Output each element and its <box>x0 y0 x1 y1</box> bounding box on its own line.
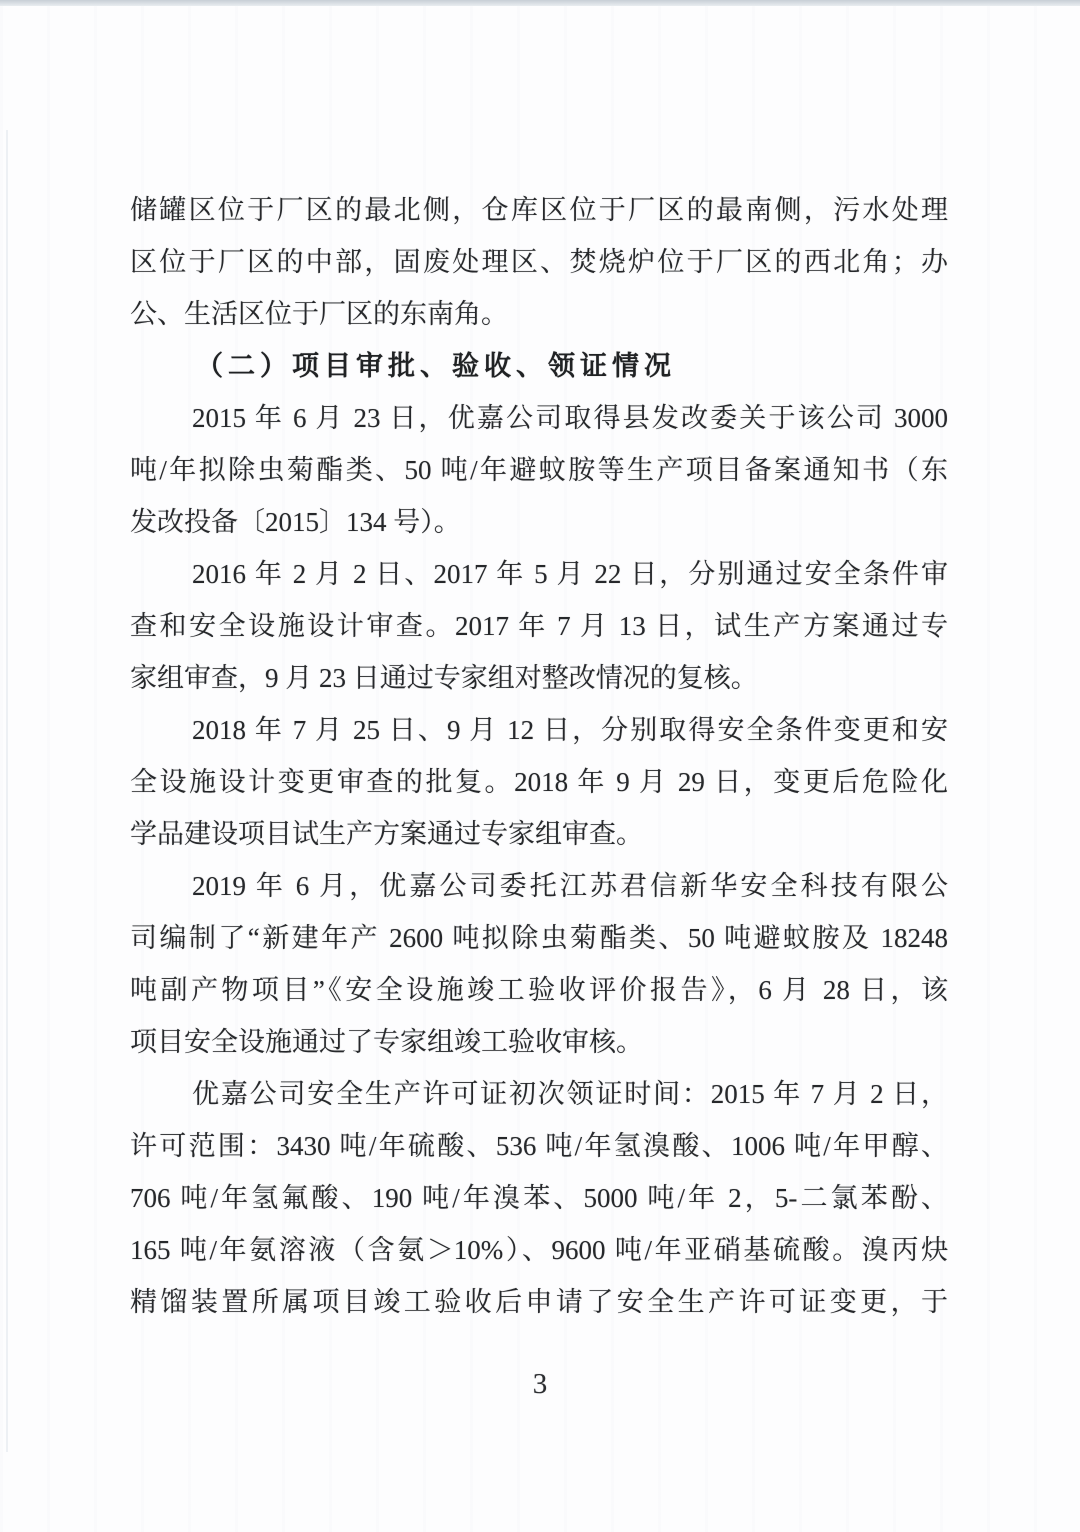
text-line: 吨/年拟除虫菊酯类、50 吨/年避蚊胺等生产项目备案通知书（东 <box>130 444 948 496</box>
text-line: 优嘉公司安全生产许可证初次领证时间：2015 年 7 月 2 日， <box>130 1068 948 1120</box>
paragraph: 2016 年 2 月 2 日、2017 年 5 月 22 日，分别通过安全条件审… <box>130 548 948 704</box>
text-line: 全设施设计变更审查的批复。2018 年 9 月 29 日，变更后危险化 <box>130 756 948 808</box>
page-number: 3 <box>0 1358 1080 1410</box>
document-body: 储罐区位于厂区的最北侧，仓库区位于厂区的最南侧，污水处理区位于厂区的中部，固废处… <box>130 184 948 1328</box>
paragraph: 2015 年 6 月 23 日，优嘉公司取得县发改委关于该公司 3000吨/年拟… <box>130 392 948 548</box>
text-line: 许可范围：3430 吨/年硫酸、536 吨/年氢溴酸、1006 吨/年甲醇、 <box>130 1120 948 1172</box>
text-line: 2016 年 2 月 2 日、2017 年 5 月 22 日，分别通过安全条件审 <box>130 548 948 600</box>
text-line: 706 吨/年氢氟酸、190 吨/年溴苯、5000 吨/年 2，5-二氯苯酚、 <box>130 1172 948 1224</box>
text-line: 区位于厂区的中部，固废处理区、焚烧炉位于厂区的西北角；办 <box>130 236 948 288</box>
text-line: （二）项目审批、验收、领证情况 <box>130 340 948 392</box>
paragraph: 优嘉公司安全生产许可证初次领证时间：2015 年 7 月 2 日，许可范围：34… <box>130 1068 948 1328</box>
text-line: 学品建设项目试生产方案通过专家组审查。 <box>130 808 948 860</box>
scan-edge-artifact-left <box>6 130 8 1452</box>
paragraph: 2019 年 6 月，优嘉公司委托江苏君信新华安全科技有限公司编制了“新建年产 … <box>130 860 948 1068</box>
text-line: 司编制了“新建年产 2600 吨拟除虫菊酯类、50 吨避蚊胺及 18248 <box>130 912 948 964</box>
text-line: 吨副产物项目”《安全设施竣工验收评价报告》，6 月 28 日，该 <box>130 964 948 1016</box>
paragraph: 2018 年 7 月 25 日、9 月 12 日，分别取得安全条件变更和安全设施… <box>130 704 948 860</box>
text-line: 2019 年 6 月，优嘉公司委托江苏君信新华安全科技有限公 <box>130 860 948 912</box>
text-line: 项目安全设施通过了专家组竣工验收审核。 <box>130 1016 948 1068</box>
section-heading: （二）项目审批、验收、领证情况 <box>130 340 948 392</box>
paragraph: 储罐区位于厂区的最北侧，仓库区位于厂区的最南侧，污水处理区位于厂区的中部，固废处… <box>130 184 948 340</box>
scanned-document-page: 储罐区位于厂区的最北侧，仓库区位于厂区的最南侧，污水处理区位于厂区的中部，固废处… <box>0 0 1080 1532</box>
scan-edge-artifact-top <box>0 0 1080 6</box>
text-line: 家组审查，9 月 23 日通过专家组对整改情况的复核。 <box>130 652 948 704</box>
text-line: 发改投备〔2015〕134 号）。 <box>130 496 948 548</box>
text-line: 165 吨/年氨溶液（含氨＞10%）、9600 吨/年亚硝基硫酸。溴丙炔 <box>130 1224 948 1276</box>
text-line: 查和安全设施设计审查。2017 年 7 月 13 日，试生产方案通过专 <box>130 600 948 652</box>
text-line: 2015 年 6 月 23 日，优嘉公司取得县发改委关于该公司 3000 <box>130 392 948 444</box>
text-line: 精馏装置所属项目竣工验收后申请了安全生产许可证变更，于 <box>130 1276 948 1328</box>
text-line: 公、生活区位于厂区的东南角。 <box>130 288 948 340</box>
text-line: 储罐区位于厂区的最北侧，仓库区位于厂区的最南侧，污水处理 <box>130 184 948 236</box>
text-line: 2018 年 7 月 25 日、9 月 12 日，分别取得安全条件变更和安 <box>130 704 948 756</box>
